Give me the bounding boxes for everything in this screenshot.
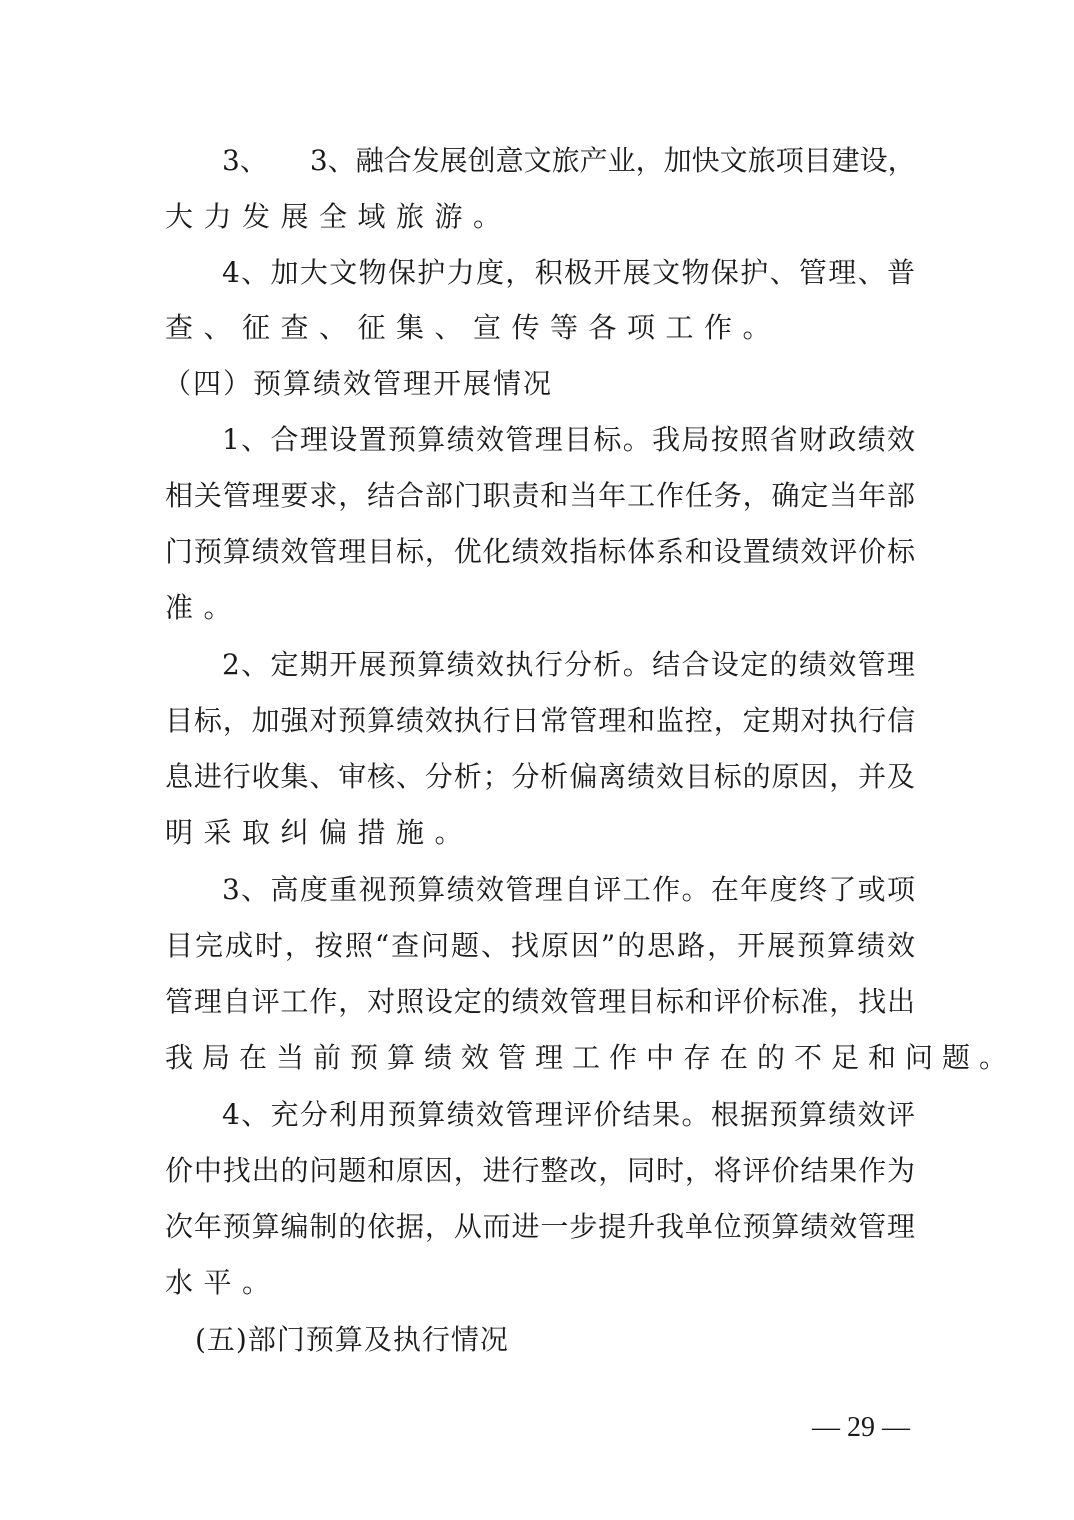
paragraph-line: 我局在当前预算绩效管理工作中存在的不足和问题。	[165, 1038, 915, 1078]
paragraph-line: 目完成时，按照“查问题、找原因”的思路，开展预算绩效	[165, 926, 915, 966]
section-heading: (五)部门预算及执行情况	[195, 1320, 945, 1360]
paragraph-line: 2、定期开展预算绩效执行分析。结合设定的绩效管理	[222, 645, 915, 685]
document-page: 3、 3、融合发展创意文旅产业，加快文旅项目建设， 大力发展全域旅游。 4、加大…	[0, 0, 1074, 1520]
paragraph-line: 价中找出的问题和原因，进行整改，同时，将评价结果作为	[165, 1151, 915, 1191]
paragraph-line: 查、征查、征集、宣传等各项工作。	[165, 308, 915, 348]
paragraph-line: 管理自评工作，对照设定的绩效管理目标和评价标准，找出	[165, 982, 915, 1022]
paragraph-line: 相关管理要求，结合部门职责和当年工作任务，确定当年部	[165, 476, 915, 516]
page-number: — 29 —	[812, 1408, 922, 1448]
paragraph-line: 准。	[165, 588, 915, 628]
paragraph-line: 1、合理设置预算绩效管理目标。我局按照省财政绩效	[222, 420, 915, 460]
paragraph-line: 目标，加强对预算绩效执行日常管理和监控，定期对执行信	[165, 701, 915, 741]
section-heading: （四）预算绩效管理开展情况	[163, 364, 913, 404]
paragraph-line: 大力发展全域旅游。	[165, 197, 915, 237]
paragraph-line: 4、加大文物保护力度，积极开展文物保护、管理、普	[222, 253, 915, 293]
paragraph-line: 水平。	[165, 1263, 915, 1303]
paragraph-line: 次年预算编制的依据，从而进一步提升我单位预算绩效管理	[165, 1207, 915, 1247]
paragraph-line: 3、高度重视预算绩效管理自评工作。在年度终了或项	[222, 870, 915, 910]
paragraph-line: 门预算绩效管理目标，优化绩效指标体系和设置绩效评价标	[165, 532, 915, 572]
paragraph-line: 明采取纠偏措施。	[165, 813, 915, 853]
paragraph-line: 4、充分利用预算绩效管理评价结果。根据预算绩效评	[222, 1095, 915, 1135]
paragraph-line: 息进行收集、审核、分析；分析偏离绩效目标的原因，并及	[165, 757, 915, 797]
paragraph-line: 3、 3、融合发展创意文旅产业，加快文旅项目建设，	[222, 141, 915, 181]
